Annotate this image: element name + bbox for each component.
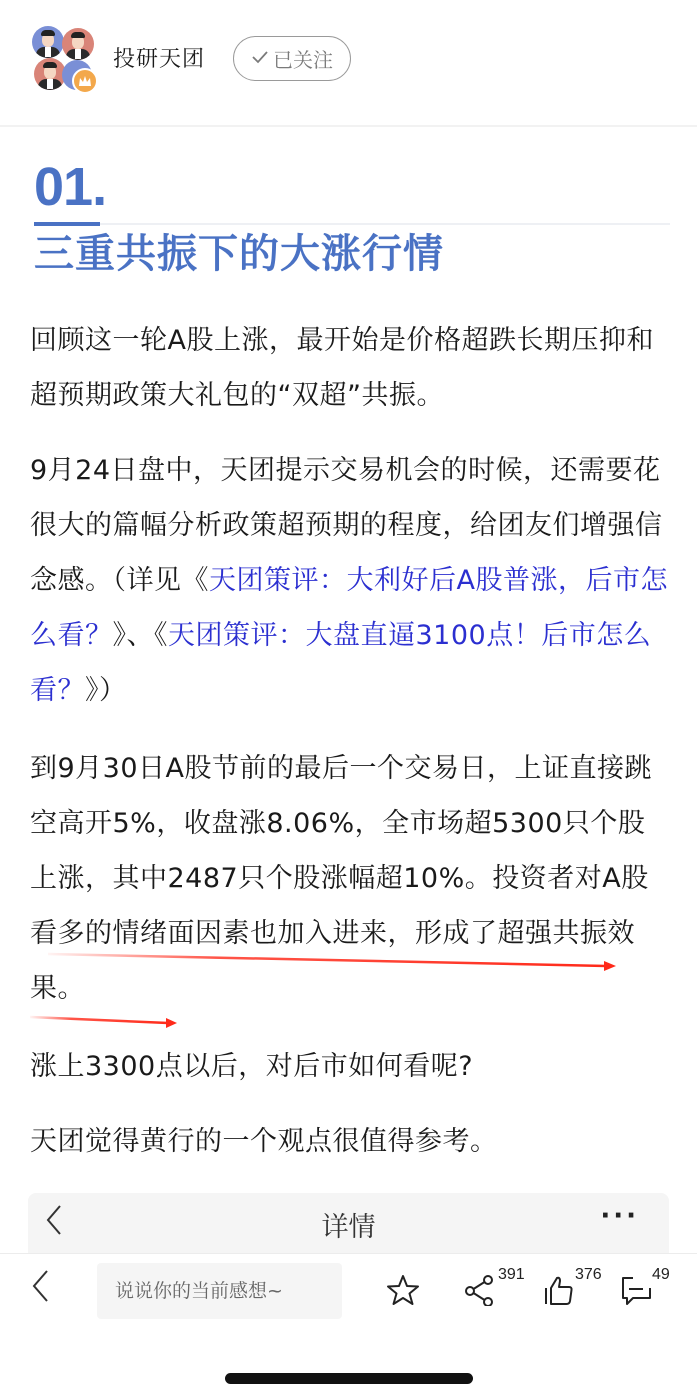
follow-button-label: 已关注 <box>273 44 333 73</box>
comment-input[interactable] <box>97 1263 342 1319</box>
share-icon <box>464 1274 496 1306</box>
comment-icon <box>619 1274 653 1306</box>
back-button[interactable] <box>30 1268 50 1311</box>
author-name[interactable]: 投研天团 <box>113 42 205 73</box>
follow-button[interactable]: 已关注 <box>233 36 351 81</box>
paragraph-text: 》、《 <box>113 620 169 651</box>
detail-bar: 详情 ··· <box>28 1193 669 1253</box>
crown-icon <box>72 68 98 94</box>
article-paragraph: 涨上3300点以后，对后市如何看呢? <box>30 1039 670 1094</box>
section-divider-accent <box>34 222 100 226</box>
section-divider <box>34 223 670 225</box>
like-count: 376 <box>575 1266 602 1284</box>
avatar[interactable] <box>30 24 100 94</box>
thumbs-up-icon <box>543 1274 575 1306</box>
article-paragraph: 天团觉得黄行的一个观点很值得参考。 <box>30 1114 670 1169</box>
paragraph-text: 》） <box>85 675 127 706</box>
article-header: 投研天团 已关注 <box>0 0 697 126</box>
detail-bar-title: 详情 <box>28 1205 669 1244</box>
favorite-button[interactable] <box>386 1274 420 1306</box>
like-button[interactable]: 376 <box>543 1274 575 1306</box>
comment-button[interactable]: 49 <box>619 1274 653 1306</box>
header-divider <box>0 125 697 127</box>
chevron-left-icon <box>30 1268 50 1304</box>
star-icon <box>386 1274 420 1306</box>
article-paragraph: 回顾这一轮A股上涨，最开始是价格超跌长期压抑和超预期政策大礼包的“双超”共振。 <box>30 313 670 423</box>
avatar-member-1 <box>32 26 64 58</box>
comment-count: 49 <box>652 1266 670 1284</box>
share-count: 391 <box>498 1266 525 1284</box>
check-icon <box>251 49 269 68</box>
article-paragraph: 到9月30日A股节前的最后一个交易日，上证直接跳空高开5%，收盘涨8.06%，全… <box>30 741 670 1016</box>
article-paragraph: 9月24日盘中，天团提示交易机会的时候，还需要花很大的篇幅分析政策超预期的程度，… <box>30 443 670 718</box>
share-button[interactable]: 391 <box>464 1274 496 1306</box>
bottom-action-bar: 391 376 49 <box>0 1253 697 1394</box>
home-indicator[interactable] <box>225 1373 473 1384</box>
avatar-member-2 <box>62 28 94 60</box>
section-number: 01. <box>34 160 106 214</box>
red-arrow-icon <box>30 1017 177 1028</box>
section-title: 三重共振下的大涨行情 <box>34 234 444 274</box>
more-dots-icon[interactable]: ··· <box>600 1201 639 1231</box>
